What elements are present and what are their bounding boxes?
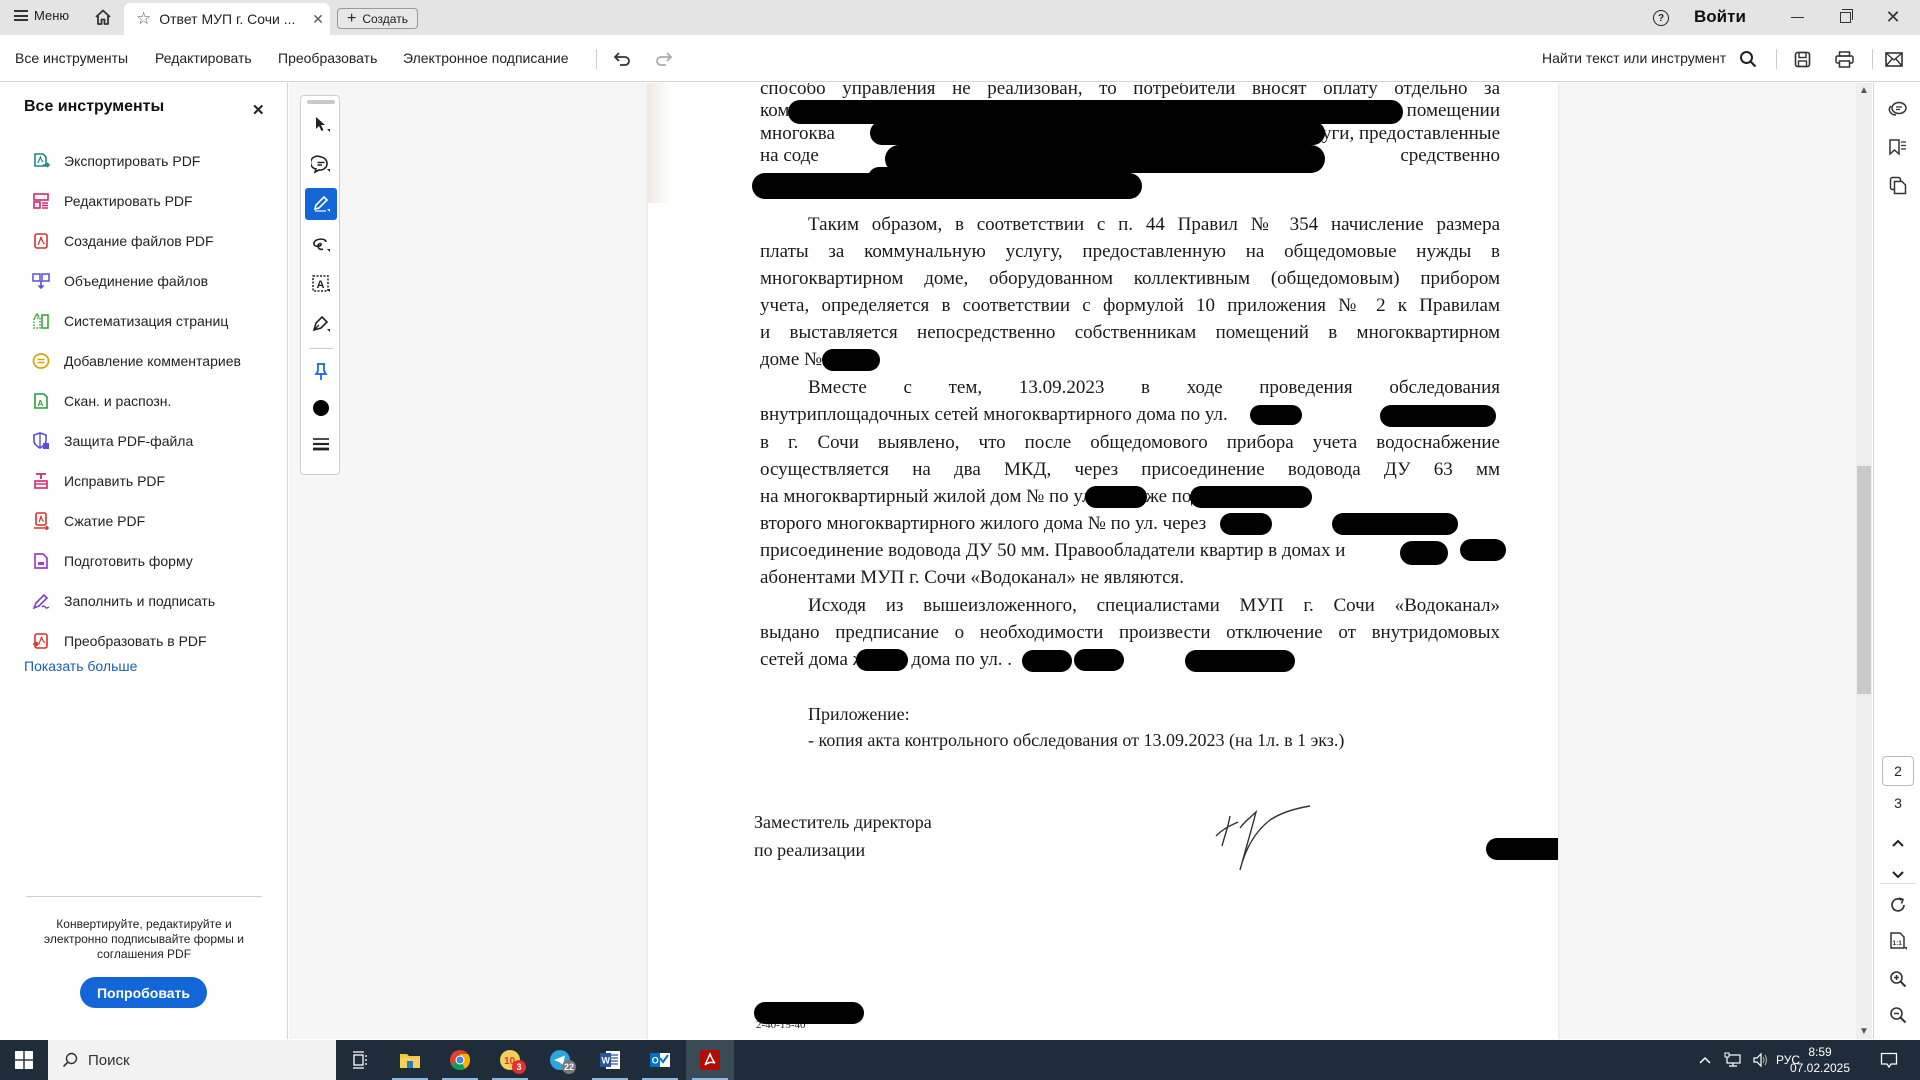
redaction-mark [856, 649, 908, 671]
tool-item-label: Скан. и распозн. [64, 393, 171, 409]
taskbar-explorer[interactable] [386, 1040, 434, 1080]
document-line: многоквартирном доме, оборудованном колл… [760, 265, 1500, 292]
comments-icon [1888, 100, 1908, 118]
tab-edit[interactable]: Редактировать [155, 50, 252, 66]
restore-icon [1840, 12, 1851, 23]
taskbar-chrome[interactable] [436, 1040, 484, 1080]
tool-item-protect-pdf[interactable]: Защита PDF-файла [32, 421, 241, 461]
undo-icon [613, 52, 631, 66]
file-explorer-icon [399, 1051, 421, 1069]
acrobat-icon [699, 1049, 721, 1071]
redaction-mark [1332, 513, 1458, 535]
clock-date: 07.02.2025 [1780, 1060, 1860, 1076]
tool-item-comment[interactable]: Добавление комментариев [32, 341, 241, 381]
svg-text:O: O [652, 1056, 659, 1066]
pdf-page: способо управления не реализован, то пот… [648, 83, 1558, 1039]
taskbar-yandex[interactable]: 10 3 [486, 1040, 534, 1080]
fit-page-icon: 1:1 [1888, 931, 1908, 951]
actual-size-button[interactable]: 1:1 [1886, 929, 1910, 953]
toolbar-divider [1872, 49, 1873, 69]
zoom-in-icon [1889, 970, 1907, 988]
lasso-icon [311, 234, 331, 254]
redaction-mark [1085, 486, 1147, 508]
pages-icon [1889, 176, 1907, 195]
taskbar-telegram[interactable]: 22 [536, 1040, 584, 1080]
tool-item-label: Сжатие PDF [64, 513, 145, 529]
windows-taskbar: Поиск 10 3 22 W O РУС 8:59 [0, 1040, 1920, 1080]
chevron-up-icon [1891, 838, 1905, 848]
scroll-down-icon[interactable]: ▼ [1856, 1026, 1872, 1037]
search-icon [1739, 50, 1757, 68]
tool-item-combine-files[interactable]: Объединение файлов [32, 261, 241, 301]
print-icon [1835, 51, 1854, 68]
bookmark-list-icon [1888, 138, 1908, 156]
redo-icon [655, 52, 673, 66]
redaction-mark [1460, 539, 1506, 561]
search-button[interactable] [1736, 47, 1760, 71]
line-weight-icon [312, 437, 330, 451]
tool-divider [309, 348, 333, 349]
tool-item-convert-to-pdf[interactable]: Преобразовать в PDF [32, 621, 241, 661]
plus-icon: + [347, 11, 356, 27]
search-placeholder: Поиск [88, 1052, 130, 1069]
pin-icon [312, 362, 330, 382]
document-tab[interactable]: ☆ Ответ МУП г. Сочи ... ✕ [124, 3, 330, 35]
search-icon [62, 1052, 78, 1068]
notification-badge: 3 [512, 1060, 526, 1074]
signatory-title: по реализации [754, 840, 865, 861]
star-icon[interactable]: ☆ [136, 9, 151, 29]
network-status[interactable] [1724, 1040, 1742, 1080]
redact-pdf-icon [32, 472, 50, 490]
taskbar-word[interactable]: W [586, 1040, 634, 1080]
clock-time: 8:59 [1780, 1044, 1860, 1060]
combine-files-icon [32, 272, 50, 290]
tool-item-compress-pdf[interactable]: Сжатие PDF [32, 501, 241, 541]
color-picker[interactable] [305, 392, 337, 424]
tool-item-scan-ocr[interactable]: AСкан. и распозн. [32, 381, 241, 421]
toolbar-divider [596, 49, 597, 69]
export-pdf-icon [32, 152, 50, 170]
document-line: Вместе с тем, 13.09.2023 в ходе проведен… [760, 374, 1500, 401]
tool-item-export-pdf[interactable]: Экспортировать PDF [32, 141, 241, 181]
redaction-mark [1250, 405, 1302, 425]
right-rail: 2 3 1:1 [1873, 83, 1920, 1039]
color-dot-icon [313, 400, 329, 416]
tab-convert[interactable]: Преобразовать [278, 50, 377, 66]
svg-text:A: A [317, 279, 325, 291]
login-button[interactable]: Войти [1694, 7, 1746, 27]
line-width-picker[interactable] [305, 428, 337, 460]
redaction-mark [1022, 650, 1072, 672]
select-tool[interactable] [305, 108, 337, 140]
text-tool[interactable]: A [305, 268, 337, 300]
comment-bubble-icon [311, 154, 331, 174]
create-button[interactable]: + Создать [337, 8, 418, 29]
home-icon [94, 8, 112, 26]
tool-item-label: Исправить PDF [64, 473, 165, 489]
tools-list: Экспортировать PDFРедактировать PDFСозда… [32, 141, 241, 661]
cursor-arrow-icon [311, 114, 331, 134]
pin-tool[interactable] [305, 356, 337, 388]
tool-item-organize-pages[interactable]: Систематизация страниц [32, 301, 241, 341]
promo-text: Конвертируйте, редактируйте и электронно… [30, 917, 258, 962]
protect-pdf-icon [32, 432, 50, 450]
notifications-icon [1880, 1052, 1898, 1069]
current-page-field[interactable]: 2 [1882, 756, 1914, 786]
taskbar-acrobat[interactable] [686, 1040, 734, 1080]
all-tools-panel: Все инструменты ✕ Экспортировать PDFРеда… [0, 83, 288, 1039]
redaction-mark [870, 121, 1325, 145]
handwritten-signature [1210, 798, 1320, 878]
panel-close-icon[interactable]: ✕ [252, 101, 265, 119]
outlook-icon: O [649, 1049, 671, 1071]
pages-thumbnails-button[interactable] [1886, 173, 1910, 197]
zoom-out-icon [1889, 1006, 1907, 1024]
rotate-icon [1889, 896, 1907, 914]
tab-close-icon[interactable]: ✕ [306, 11, 330, 28]
email-button[interactable] [1882, 47, 1906, 71]
redaction-mark [1400, 541, 1448, 565]
redaction-mark [1380, 405, 1496, 427]
tool-item-label: Создание файлов PDF [64, 233, 214, 249]
document-line: Таким образом, в соответствии с п. 44 Пр… [760, 211, 1500, 238]
appendix-title: Приложение: [808, 704, 910, 725]
comments-panel-button[interactable] [1886, 97, 1910, 121]
redaction-mark [1074, 649, 1124, 671]
system-clock[interactable]: 8:59 07.02.2025 [1780, 1044, 1860, 1076]
compress-pdf-icon [32, 512, 50, 530]
sign-tool[interactable] [305, 308, 337, 340]
title-bar: Меню ☆ Ответ МУП г. Сочи ... ✕ + Создать… [0, 0, 1920, 35]
svg-text:W: W [602, 1056, 611, 1066]
tool-item-label: Систематизация страниц [64, 313, 228, 329]
redaction-mark [754, 1002, 864, 1024]
task-view-icon [351, 1051, 369, 1069]
taskbar-search[interactable]: Поиск [48, 1040, 336, 1080]
draw-tool[interactable] [305, 228, 337, 260]
comment-icon [32, 352, 50, 370]
main-toolbar: Все инструменты Редактировать Преобразов… [0, 35, 1920, 82]
quick-tools-bar: A [300, 95, 340, 475]
close-icon: ✕ [1885, 7, 1900, 28]
email-icon [1885, 52, 1903, 67]
scan-ocr-icon: A [32, 392, 50, 410]
document-line: учета, определяется в соответствии с фор… [760, 292, 1500, 319]
document-line: присоединение водовода ДУ 50 мм. Правооб… [760, 537, 1500, 564]
rotate-button[interactable] [1886, 893, 1910, 917]
comment-tool[interactable] [305, 148, 337, 180]
tool-item-label: Редактировать PDF [64, 193, 193, 209]
create-label: Создать [362, 12, 408, 26]
tool-item-label: Объединение файлов [64, 273, 208, 289]
edit-pdf-icon [32, 192, 50, 210]
redaction-mark [1190, 486, 1312, 508]
tool-item-label: Добавление комментариев [64, 353, 241, 369]
signatory-title: Заместитель директора [754, 812, 932, 833]
tab-e-sign[interactable]: Электронное подписание [403, 50, 569, 66]
toolbar-divider [1776, 49, 1777, 69]
tool-item-label: Преобразовать в PDF [64, 633, 207, 649]
rail-divider [1880, 883, 1916, 884]
action-center-button[interactable] [1880, 1040, 1898, 1080]
convert-to-pdf-icon [32, 632, 50, 650]
minimize-button[interactable] [1774, 0, 1820, 35]
tool-item-label: Экспортировать PDF [64, 153, 200, 169]
redaction-mark [1486, 838, 1558, 860]
menu-label: Меню [34, 8, 69, 23]
panel-divider [26, 896, 262, 897]
organize-pages-icon [32, 312, 50, 330]
vertical-scrollbar[interactable]: ▲ ▼ [1856, 83, 1872, 1039]
zoom-out-button[interactable] [1886, 1003, 1910, 1027]
prepare-form-icon [32, 552, 50, 570]
show-more-link[interactable]: Показать больше [24, 658, 137, 674]
document-line: Исходя из вышеизложенного, специалистами… [760, 592, 1500, 619]
document-line: и выставляется непосредственно собственн… [760, 319, 1500, 346]
tool-item-fill-sign[interactable]: Заполнить и подписать [32, 581, 241, 621]
document-line: платы за коммунальную услугу, предоставл… [760, 238, 1500, 265]
close-window-button[interactable]: ✕ [1870, 0, 1916, 35]
minimize-icon [1791, 17, 1804, 18]
highlight-tool[interactable] [305, 188, 337, 220]
try-button[interactable]: Попробовать [80, 977, 207, 1008]
taskbar-outlook[interactable]: O [636, 1040, 684, 1080]
windows-logo-icon [15, 1051, 33, 1069]
home-button[interactable] [92, 6, 114, 28]
redaction-mark [822, 349, 880, 371]
next-page-number[interactable]: 3 [1882, 795, 1914, 811]
chevron-down-icon [1891, 870, 1905, 880]
redaction-mark [1185, 650, 1295, 672]
document-line: абонентами МУП г. Сочи «Водоканал» не яв… [760, 564, 1500, 591]
fill-sign-icon [32, 592, 50, 610]
tool-item-prepare-form[interactable]: Подготовить форму [32, 541, 241, 581]
redaction-mark [868, 167, 1058, 189]
menu-button[interactable]: Меню [14, 8, 69, 23]
find-tool-label[interactable]: Найти текст или инструмент [1542, 50, 1726, 66]
previous-page-button[interactable] [1886, 831, 1910, 855]
pencil-icon [311, 194, 331, 214]
zoom-in-button[interactable] [1886, 967, 1910, 991]
document-viewport[interactable]: A способо управления не реализован, то п… [289, 83, 1872, 1039]
word-icon: W [599, 1049, 621, 1071]
save-icon [1794, 51, 1811, 68]
panel-title: Все инструменты [24, 98, 164, 116]
restore-button[interactable] [1822, 0, 1868, 35]
hamburger-icon [14, 10, 28, 21]
chevron-up-icon [1698, 1055, 1712, 1065]
redaction-mark [1220, 513, 1272, 535]
document-line: выдано предписание о необходимости произ… [760, 619, 1500, 646]
pen-nib-icon [311, 314, 331, 334]
bookmarks-button[interactable] [1886, 135, 1910, 159]
tool-item-label: Защита PDF-файла [64, 433, 193, 449]
notification-badge: 22 [562, 1060, 576, 1074]
print-button[interactable] [1832, 47, 1856, 71]
show-hidden-icons[interactable] [1698, 1040, 1712, 1080]
svg-text:1:1: 1:1 [1893, 940, 1903, 947]
save-button[interactable] [1790, 47, 1814, 71]
create-pdf-icon [32, 232, 50, 250]
drag-handle[interactable] [307, 100, 335, 104]
tool-item-redact-pdf[interactable]: Исправить PDF [32, 461, 241, 501]
task-view-button[interactable] [336, 1040, 384, 1080]
chrome-icon [449, 1049, 471, 1071]
tool-item-label: Подготовить форму [64, 553, 193, 569]
network-icon [1724, 1052, 1742, 1068]
tab-all-tools[interactable]: Все инструменты [15, 50, 128, 66]
tool-item-label: Заполнить и подписать [64, 593, 215, 609]
start-button[interactable] [0, 1040, 48, 1080]
text-box-icon: A [311, 274, 331, 294]
tool-item-edit-pdf[interactable]: Редактировать PDF [32, 181, 241, 221]
scan-shadow [648, 83, 670, 203]
tab-title: Ответ МУП г. Сочи ... [159, 11, 306, 27]
document-line: осуществляется на два МКД, через присоед… [760, 456, 1500, 483]
volume-control[interactable] [1752, 1040, 1770, 1080]
svg-text:A: A [38, 399, 44, 408]
appendix-item: - копия акта контрольного обследования о… [808, 730, 1344, 751]
scrollbar-thumb[interactable] [1857, 466, 1871, 694]
document-line: в г. Сочи выявлено, что после общедомово… [760, 429, 1500, 456]
tool-item-create-pdf[interactable]: Создание файлов PDF [32, 221, 241, 261]
help-icon[interactable]: ? [1653, 10, 1669, 26]
redo-button[interactable] [652, 47, 676, 71]
undo-button[interactable] [610, 47, 634, 71]
speaker-icon [1752, 1052, 1770, 1068]
scroll-up-icon[interactable]: ▲ [1856, 85, 1872, 96]
